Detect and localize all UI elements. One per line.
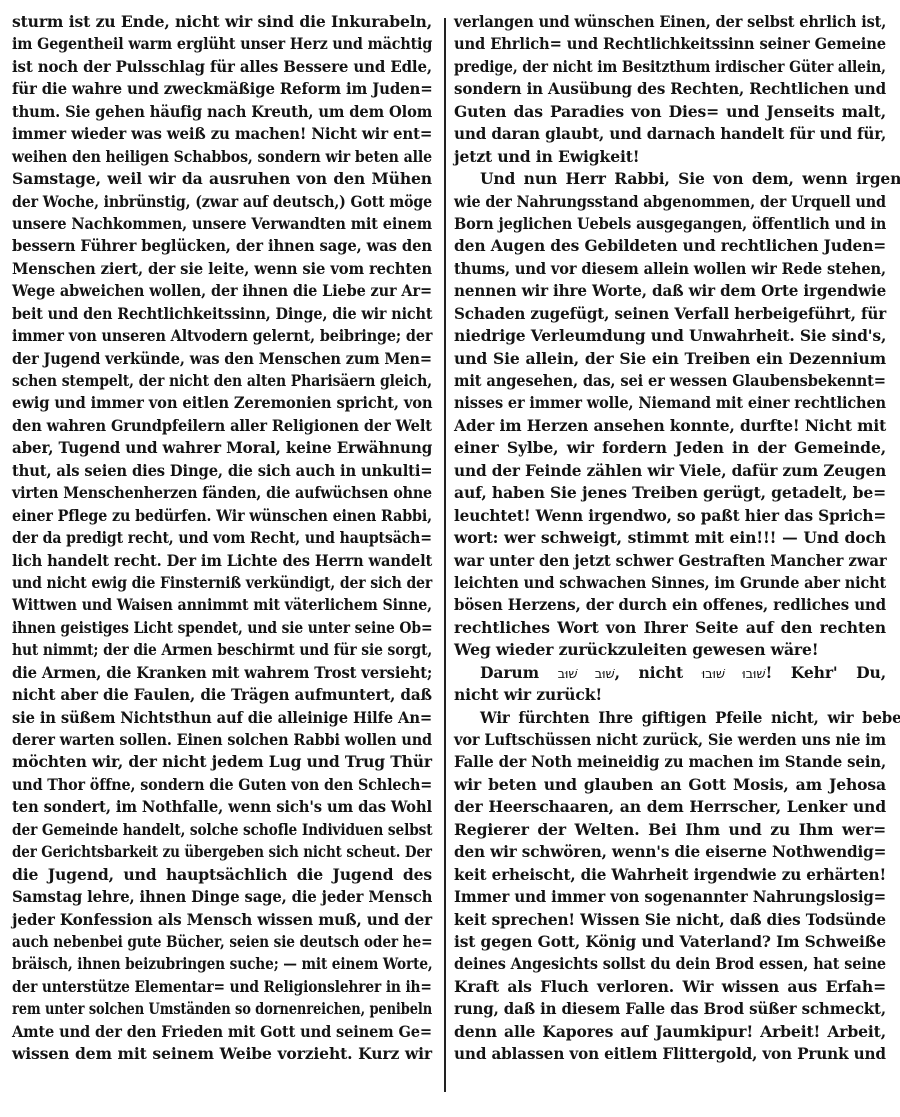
text-line: verlangen und wünschen Einen, der selbst… xyxy=(454,11,886,33)
text-line: Ader im Herzen ansehen konnte, durfte! N… xyxy=(454,415,886,437)
text-line: Wege abweichen wollen, der ihnen die Lie… xyxy=(12,280,432,302)
text-line: nicht aber die Faulen, die Trägen aufmun… xyxy=(12,684,432,706)
text-line: rechtliches Wort von Ihrer Seite auf den… xyxy=(454,617,886,639)
text-line: jetzt und in Ewigkeit! xyxy=(454,146,886,168)
text-line: und Ehrlich= und Rechtlichkeitssinn sein… xyxy=(454,33,886,55)
text-line: Kraft als Fluch verloren. Wir wissen aus… xyxy=(454,976,886,998)
text-line: und ablassen von eitlem Flittergold, von… xyxy=(454,1043,886,1065)
text-line: für die wahre und zweckmäßige Reform im … xyxy=(12,78,432,100)
text-line: derer warten sollen. Einen solchen Rabbi… xyxy=(12,729,432,751)
text-line: thum. Sie gehen häufig nach Kreuth, um d… xyxy=(12,101,432,123)
text-line: der unterstütze Elementar= und Religions… xyxy=(12,976,432,998)
text-line: ewig und immer von eitlen Zeremonien spr… xyxy=(12,392,432,414)
text-line: wort: wer schweigt, stimmt mit ein!!! — … xyxy=(454,527,886,549)
text-line: Born jeglichen Uebels ausgegangen, öffen… xyxy=(454,213,886,235)
text-line: wir beten und glauben an Gott Mosis, am … xyxy=(454,774,886,796)
text-line: keit erheischt, die Wahrheit irgendwie z… xyxy=(454,864,886,886)
text-line: jeder Konfession als Mensch wissen muß, … xyxy=(12,909,432,931)
text-fragment: Darum xyxy=(480,663,558,682)
text-line: war unter den jetzt schwer Gestraften Ma… xyxy=(454,550,886,572)
text-line: den Augen des Gebildeten und rechtlichen… xyxy=(454,235,886,257)
text-line: Guten das Paradies von Dies= und Jenseit… xyxy=(454,101,886,123)
text-line: hut nimmt; der die Armen beschirmt und f… xyxy=(12,639,432,661)
text-line-hebrew-quote: Darum שׁוּב שׁוּב, nicht שׁוּבוּ שׁוּבוּ… xyxy=(454,662,886,684)
text-line: thut, als seien dies Dinge, die sich auc… xyxy=(12,460,432,482)
text-line: leuchtet! Wenn irgendwo, so paßt hier da… xyxy=(454,505,886,527)
text-line: und Sie allein, der Sie ein Treiben ein … xyxy=(454,348,886,370)
text-fragment: , nicht xyxy=(615,663,702,682)
text-line: aber, Tugend und wahrer Moral, keine Erw… xyxy=(12,437,432,459)
text-line: der da predigt recht, und vom Recht, und… xyxy=(12,527,432,549)
text-line: Amte und der den Frieden mit Gott und se… xyxy=(12,1021,432,1043)
text-line: und nicht ewig die Finsterniß verkündigt… xyxy=(12,572,432,594)
text-line: schen stempelt, der nicht den alten Phar… xyxy=(12,370,432,392)
text-line: beit und den Rechtlichkeitssinn, Dinge, … xyxy=(12,303,432,325)
text-line: predige, der nicht im Besitzthum irdisch… xyxy=(454,56,886,78)
text-line: ihnen geistiges Licht spendet, und sie u… xyxy=(12,617,432,639)
text-line: Regierer der Welten. Bei Ihm und zu Ihm … xyxy=(454,819,886,841)
text-line: Wir fürchten Ihre giftigen Pfeile nicht,… xyxy=(455,707,900,729)
text-line: der Gerichtsbarkeit zu übergeben sich ni… xyxy=(12,841,432,863)
hebrew-phrase: שׁוּב שׁוּב xyxy=(558,667,615,682)
text-line: nicht wir zurück! xyxy=(454,684,886,706)
text-line: vor Luftschüssen nicht zurück, Sie werde… xyxy=(454,729,886,751)
text-line: ten sondert, im Nothfalle, wenn sich's u… xyxy=(12,796,432,818)
text-line: rem unter solchen Umständen so dornenrei… xyxy=(12,998,432,1020)
text-line: der Gemeinde handelt, solche schofle Ind… xyxy=(12,819,432,841)
column-divider-rule xyxy=(444,18,446,1092)
text-line: Immer und immer von sogenannter Nahrungs… xyxy=(454,886,886,908)
text-line: deines Angesichts sollst du dein Brod es… xyxy=(454,953,886,975)
text-fragment: ! Kehr' Du, xyxy=(765,663,886,682)
text-line: auch nebenbei gute Bücher, seien sie deu… xyxy=(12,931,432,953)
text-line: den wir schwören, wenn's die eiserne Not… xyxy=(454,841,886,863)
text-line: lich handelt recht. Der im Lichte des He… xyxy=(12,550,432,572)
text-line: der Heerschaaren, an dem Herrscher, Lenk… xyxy=(454,796,886,818)
text-line: Menschen ziert, der sie leite, wenn sie … xyxy=(12,258,432,280)
text-line: ist noch der Pulsschlag für alles Besser… xyxy=(12,56,432,78)
text-line: immer wieder was weiß zu machen! Nicht w… xyxy=(12,123,432,145)
text-line: unsere Nachkommen, unsere Verwandten mit… xyxy=(12,213,432,235)
newspaper-page: sturm ist zu Ende, nicht wir sind die In… xyxy=(0,0,900,1117)
text-line: Wittwen und Waisen annimmt mit väterlich… xyxy=(12,594,432,616)
text-line: einer Sylbe, wir fordern Jeden in der Ge… xyxy=(454,437,886,459)
text-line: sturm ist zu Ende, nicht wir sind die In… xyxy=(12,11,432,33)
text-line: weihen den heiligen Schabbos, sondern wi… xyxy=(12,146,432,168)
right-column: verlangen und wünschen Einen, der selbst… xyxy=(454,11,886,1066)
text-line: sie in süßem Nichtsthun auf die alleinig… xyxy=(12,707,432,729)
text-line: die Armen, die Kranken mit wahrem Trost … xyxy=(12,662,432,684)
text-line: Falle der Noth meineidig zu machen im St… xyxy=(454,751,886,773)
text-line: bösen Herzens, der durch ein offenes, re… xyxy=(454,594,886,616)
text-line: thums, und vor diesem allein wollen wir … xyxy=(454,258,886,280)
text-line: Weg wieder zurückzuleiten gewesen wäre! xyxy=(454,639,886,661)
text-line: der Woche, inbrünstig, (zwar auf deutsch… xyxy=(12,191,432,213)
text-line: und daran glaubt, und darnach handelt fü… xyxy=(454,123,886,145)
text-line: einer Pflege zu bedürfen. Wir wünschen e… xyxy=(12,505,432,527)
text-line: Samstag lehre, ihnen Dinge sage, die jed… xyxy=(12,886,432,908)
text-line: niedrige Verleumdung und Unwahrheit. Sie… xyxy=(454,325,886,347)
text-line: wie der Nahrungsstand abgenommen, der Ur… xyxy=(454,191,886,213)
text-line: bräisch, ihnen beizubringen suche; — mit… xyxy=(12,953,432,975)
text-line: Und nun Herr Rabbi, Sie von dem, wenn ir… xyxy=(454,168,900,190)
text-line: denn alle Kapores auf Jaumkipur! Arbeit!… xyxy=(454,1021,886,1043)
text-line: möchten wir, der nicht jedem Lug und Tru… xyxy=(12,751,432,773)
text-line: den wahren Grundpfeilern aller Religione… xyxy=(12,415,432,437)
text-line: nennen wir ihre Worte, daß wir dem Orte … xyxy=(454,280,886,302)
text-line: die Jugend, und hauptsächlich die Jugend… xyxy=(12,864,432,886)
text-line: nisses er immer wolle, Niemand mit einer… xyxy=(454,392,886,414)
text-line: bessern Führer beglücken, der ihnen sage… xyxy=(12,235,432,257)
text-line: auf, haben Sie jenes Treiben gerügt, get… xyxy=(454,482,886,504)
text-line: sondern in Ausübung des Rechten, Rechtli… xyxy=(454,78,886,100)
left-column: sturm ist zu Ende, nicht wir sind die In… xyxy=(12,11,432,1066)
text-line: Schaden zugefügt, seinen Verfall herbeig… xyxy=(454,303,886,325)
text-line: wissen dem mit seinem Weibe vorzieht. Ku… xyxy=(12,1043,432,1065)
text-line: der Jugend verkünde, was den Menschen zu… xyxy=(12,348,432,370)
hebrew-phrase: שׁוּבוּ שׁוּבוּ xyxy=(702,667,766,682)
text-line: und Thor öffne, sondern die Guten von de… xyxy=(12,774,432,796)
text-line: im Gegentheil warm erglüht unser Herz un… xyxy=(12,33,432,55)
text-line: virten Menschenherzen fänden, die aufwüc… xyxy=(12,482,432,504)
text-line: und der Feinde zählen wir Viele, dafür z… xyxy=(454,460,886,482)
text-line: keit sprechen! Wissen Sie nicht, daß die… xyxy=(454,909,886,931)
text-line: mit angesehen, das, sei er wessen Glaube… xyxy=(454,370,886,392)
text-line: Samstage, weil wir da ausruhen von den M… xyxy=(12,168,432,190)
text-line: immer von unseren Altvodern gelernt, bei… xyxy=(12,325,432,347)
text-line: rung, daß in diesem Falle das Brod süßer… xyxy=(454,998,886,1020)
text-line: leichten und schwachen Sinnes, im Grunde… xyxy=(454,572,886,594)
text-line: ist gegen Gott, König und Vaterland? Im … xyxy=(454,931,886,953)
